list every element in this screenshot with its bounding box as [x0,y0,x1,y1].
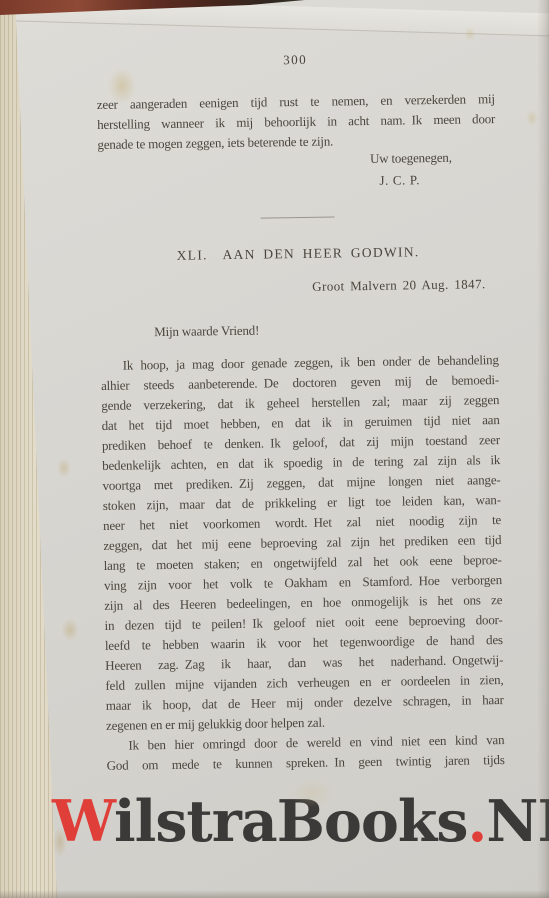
letter-salutation: Mijn waarde Vriend! [100,317,498,343]
letter-body-paragraph-2: Ik ben hier omringd door de wereld en vi… [106,730,505,776]
page-edge-stack [0,0,58,898]
section-divider [261,216,335,218]
watermark-middle: ilstraBooks [114,788,468,855]
page-number: 300 [96,49,494,71]
printed-page: 300 zeer aangeraden eenigen tijd rust te… [95,0,506,898]
watermark-initial: W [52,788,114,855]
signature: J. C. P. [98,169,496,195]
continuation-paragraph: zeer aangeraden eenigen tijd rust te nem… [97,89,496,155]
letter-heading: XLI. AAN DEN HEER GODWIN. [99,241,497,267]
bottom-page-shadow [0,890,549,898]
letter-body-paragraph-1: Ik hoop, ja mag door genade zeggen, ik b… [101,350,505,736]
watermark-dot: . [468,788,487,855]
letter-dateline: Groot Malvern 20 Aug. 1847. [99,274,497,300]
book-page-photo: 300 zeer aangeraden eenigen tijd rust te… [0,0,549,898]
right-page-shadow [537,0,549,898]
bookseller-watermark: WilstraBooks.NL [52,792,498,852]
